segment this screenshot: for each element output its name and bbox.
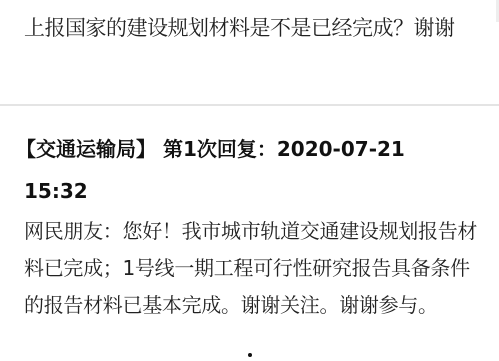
reply-org: 【交通运输局】 bbox=[16, 137, 156, 161]
reply-date: 2020-07-21 bbox=[277, 137, 405, 161]
reply-label: 第1次回复： bbox=[163, 137, 277, 161]
dot-icon bbox=[248, 353, 252, 357]
reply-body: 网民朋友：您好！我市城市轨道交通建设规划报告材料已完成；1号线一期工程可行性研究… bbox=[24, 213, 489, 324]
reply-time: 15:32 bbox=[24, 179, 88, 203]
divider bbox=[0, 104, 499, 106]
reply-header: 【交通运输局】 第1次回复：2020-07-21 15:32 bbox=[24, 128, 484, 212]
question-text: 上报国家的建设规划材料是不是已经完成？谢谢 bbox=[24, 8, 484, 48]
